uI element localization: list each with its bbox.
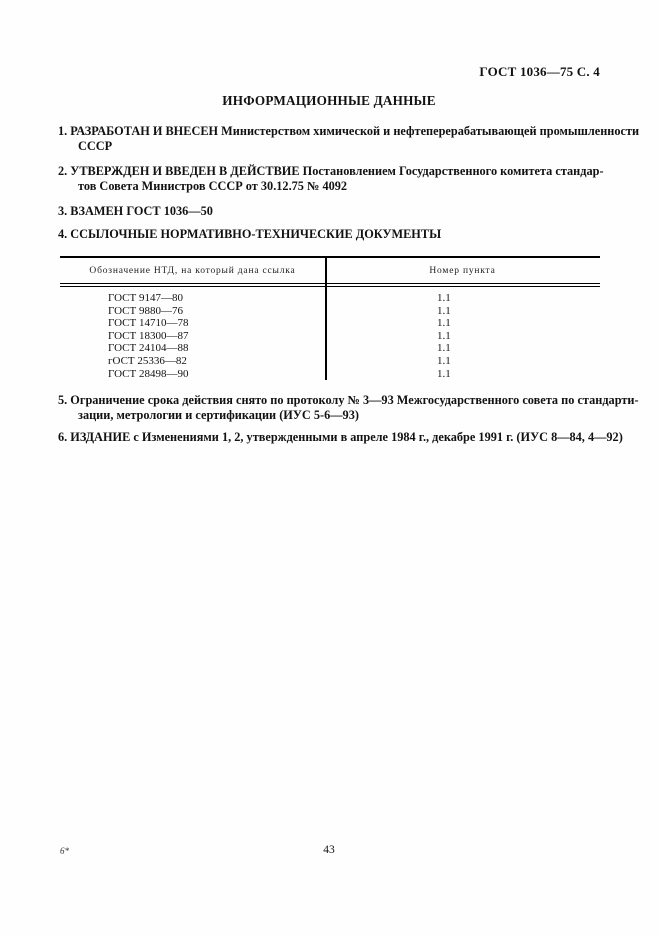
table-header-punkt: Номер пункта [325, 266, 600, 276]
item-line: зации, метрологии и сертификации (ИУС 5-… [78, 408, 604, 423]
info-item-replaces: 3. ВЗАМЕН ГОСТ 1036—50 [58, 204, 604, 219]
punkt-cell: 1.1 [325, 355, 451, 368]
table-row: ГОСТ 9880—76 1.1 [60, 305, 600, 318]
table-row: ГОСТ 24104—88 1.1 [60, 342, 600, 355]
punkt-cell: 1.1 [325, 342, 451, 355]
ntd-cell: ГОСТ 24104—88 [60, 342, 325, 355]
info-item-edition: 6. ИЗДАНИЕ с Изменениями 1, 2, утвержден… [58, 430, 604, 445]
table-body: ГОСТ 9147—80 1.1 ГОСТ 9880—76 1.1 ГОСТ 1… [60, 287, 600, 390]
item-line: 4. ССЫЛОЧНЫЕ НОРМАТИВНО-ТЕХНИЧЕСКИЕ ДОКУ… [58, 227, 604, 242]
table-header-row: Обозначение НТД, на который дана ссылка … [60, 258, 600, 283]
item-line: тов Совета Министров СССР от 30.12.75 № … [78, 179, 604, 194]
document-page: ГОСТ 1036—75 С. 4 ИНФОРМАЦИОННЫЕ ДАННЫЕ … [0, 0, 661, 936]
table-row: ГОСТ 18300—87 1.1 [60, 330, 600, 343]
info-item-developed: 1. РАЗРАБОТАН И ВНЕСЕН Министерством хим… [58, 124, 604, 154]
ntd-cell: ГОСТ 18300—87 [60, 330, 325, 343]
info-item-validity: 5. Ограничение срока действия снято по п… [58, 393, 604, 423]
table-row: гОСТ 25336—82 1.1 [60, 355, 600, 368]
ntd-cell: ГОСТ 28498—90 [60, 368, 325, 381]
ntd-reference-table: Обозначение НТД, на который дана ссылка … [60, 256, 600, 390]
table-row: ГОСТ 28498—90 1.1 [60, 368, 600, 381]
item-line: 5. Ограничение срока действия снято по п… [58, 393, 604, 408]
punkt-cell: 1.1 [325, 292, 451, 305]
info-item-references-heading: 4. ССЫЛОЧНЫЕ НОРМАТИВНО-ТЕХНИЧЕСКИЕ ДОКУ… [58, 227, 604, 242]
ntd-cell: гОСТ 25336—82 [60, 355, 325, 368]
item-line: 2. УТВЕРЖДЕН И ВВЕДЕН В ДЕЙСТВИЕ Постано… [58, 164, 604, 179]
page-number: 43 [58, 844, 600, 856]
item-line: 1. РАЗРАБОТАН И ВНЕСЕН Министерством хим… [58, 124, 604, 139]
item-line: СССР [78, 139, 604, 154]
table-row: ГОСТ 9147—80 1.1 [60, 292, 600, 305]
punkt-cell: 1.1 [325, 305, 451, 318]
ntd-cell: ГОСТ 9147—80 [60, 292, 325, 305]
info-item-approved: 2. УТВЕРЖДЕН И ВВЕДЕН В ДЕЙСТВИЕ Постано… [58, 164, 604, 194]
ntd-cell: ГОСТ 14710—78 [60, 317, 325, 330]
punkt-cell: 1.1 [325, 368, 451, 381]
punkt-cell: 1.1 [325, 330, 451, 343]
document-title: ИНФОРМАЦИОННЫЕ ДАННЫЕ [58, 93, 600, 109]
item-line: 6. ИЗДАНИЕ с Изменениями 1, 2, утвержден… [58, 430, 604, 445]
ntd-cell: ГОСТ 9880—76 [60, 305, 325, 318]
table-header-ntd: Обозначение НТД, на который дана ссылка [60, 266, 325, 276]
table-column-divider [325, 258, 327, 380]
punkt-cell: 1.1 [325, 317, 451, 330]
table-row: ГОСТ 14710—78 1.1 [60, 317, 600, 330]
document-code: ГОСТ 1036—75 С. 4 [58, 64, 600, 80]
item-line: 3. ВЗАМЕН ГОСТ 1036—50 [58, 204, 604, 219]
